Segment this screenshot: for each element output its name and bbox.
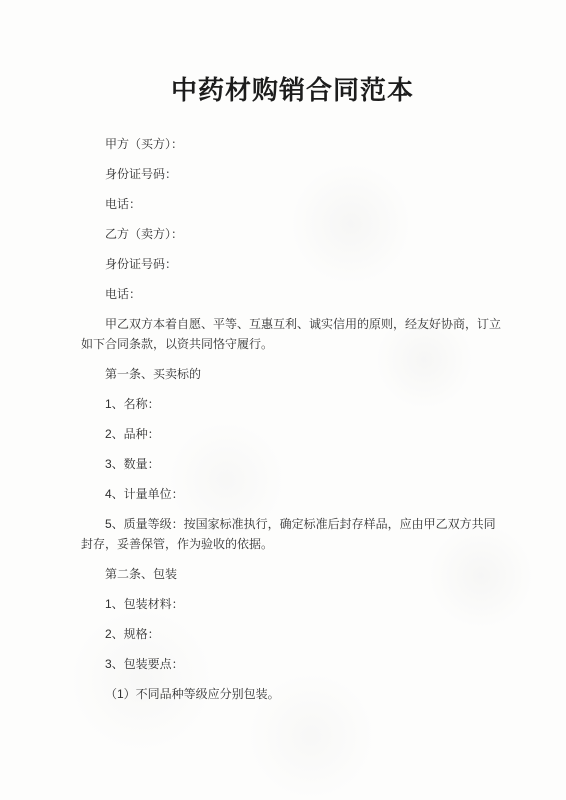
line-party-b: 乙方（卖方）： xyxy=(81,224,504,244)
document-page: 中药材购销合同范本 甲方（买方）： 身份证号码： 电话： 乙方（卖方）： 身份证… xyxy=(0,0,566,800)
heading-article-2: 第二条、包装 xyxy=(81,564,504,584)
item-variety: 2、品种： xyxy=(81,424,504,444)
item-packaging-points: 3、包装要点： xyxy=(81,654,504,674)
item-measure-unit: 4、计量单位： xyxy=(81,484,504,504)
item-name: 1、名称： xyxy=(81,394,504,414)
page-title: 中药材购销合同范本 xyxy=(81,72,504,110)
item-specification: 2、规格： xyxy=(81,624,504,644)
para-preamble: 甲乙双方本着自愿、平等、互惠互利、诚实信用的原则，经友好协商，订立如下合同条款，… xyxy=(81,314,504,354)
line-id-number-a: 身份证号码： xyxy=(81,164,504,184)
item-packaging-note-1: （1）不同品种等级应分别包装。 xyxy=(81,684,504,704)
item-quality-grade: 5、质量等级：按国家标准执行，确定标准后封存样品，应由甲乙双方共同封存，妥善保管… xyxy=(81,514,504,554)
document-body: 甲方（买方）： 身份证号码： 电话： 乙方（卖方）： 身份证号码： 电话： 甲乙… xyxy=(81,134,504,704)
heading-article-1: 第一条、买卖标的 xyxy=(81,364,504,384)
line-id-number-b: 身份证号码： xyxy=(81,254,504,274)
item-quantity: 3、数量： xyxy=(81,454,504,474)
line-phone-a: 电话： xyxy=(81,194,504,214)
item-packaging-material: 1、包装材料： xyxy=(81,594,504,614)
line-party-a: 甲方（买方）： xyxy=(81,134,504,154)
line-phone-b: 电话： xyxy=(81,284,504,304)
